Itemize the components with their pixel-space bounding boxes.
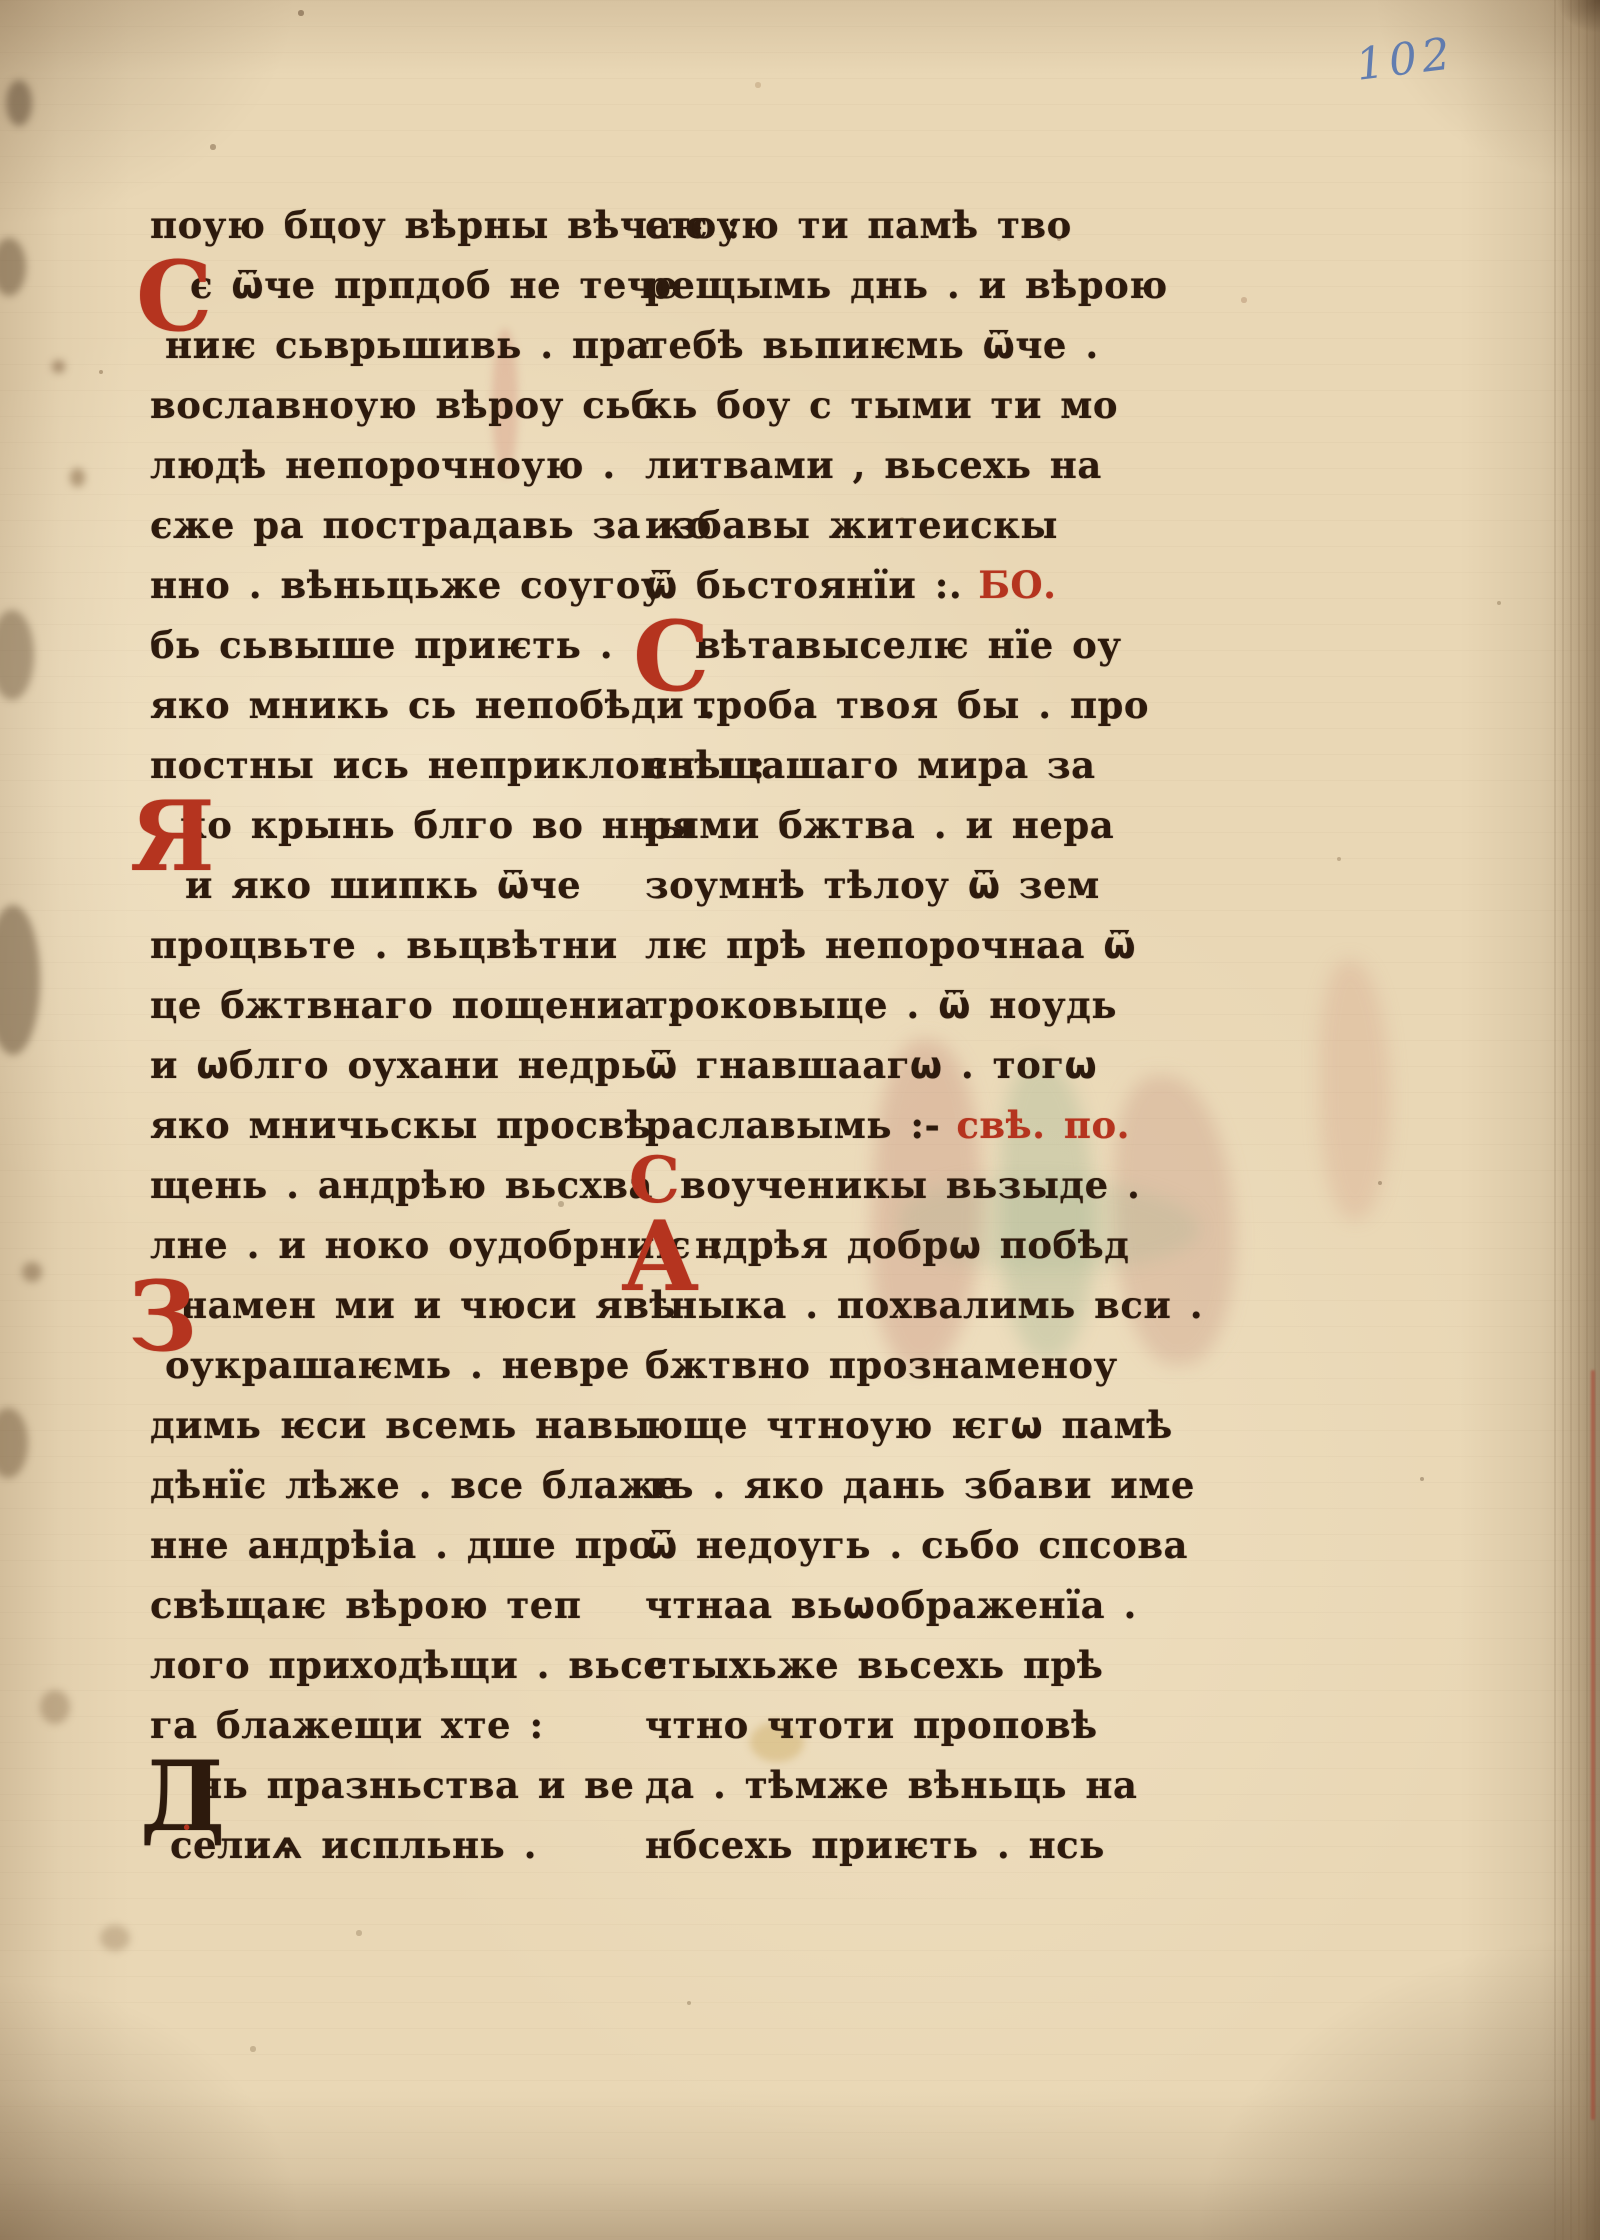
fore-edge-red-stain <box>1591 1370 1595 2120</box>
text-line: єже ра пострадавь за ко <box>150 495 620 555</box>
text-line: вославноую вѣроу сьб <box>150 375 620 435</box>
text-line: людѣ непорочноую . <box>150 435 620 495</box>
text-line: ѿ бьстоянїи :.БО. <box>645 555 1175 615</box>
folio-number: 102 <box>1353 28 1457 91</box>
text-line: зоумнѣ тѣлоу ѿ зем <box>645 855 1175 915</box>
line-text: и ѡблго оухани недрь <box>150 1043 647 1087</box>
initial-letter: Я <box>130 789 215 885</box>
stain <box>52 360 65 373</box>
initial-letter: С <box>136 249 212 345</box>
stain <box>6 80 32 126</box>
text-line: нбсехь приѥть . нсь <box>645 1815 1175 1875</box>
line-text: троковыце . ѿ ноудь <box>645 983 1117 1027</box>
text-line: ѿ недоугь . сьбо спсова <box>645 1515 1175 1575</box>
text-line: литвами , вьсехь на <box>645 435 1175 495</box>
text-line: це бжтвнаго пощениа . <box>150 975 620 1035</box>
initial-letter: З <box>128 1269 197 1365</box>
line-text: зоумнѣ тѣлоу ѿ зем <box>645 863 1100 907</box>
line-text: бь сьвыше приѥть . <box>150 623 613 667</box>
rubric-text: БО. <box>978 563 1056 607</box>
line-text: раславымь :- <box>645 1103 940 1147</box>
line-text: нно . вѣньцьже соугоу <box>150 563 665 607</box>
line-text: ко крынь блго во нны <box>180 803 695 847</box>
text-line: чтно чтоти проповѣ <box>645 1695 1175 1755</box>
line-text: є ѿче прпдоб не тече <box>190 263 679 307</box>
line-text: яко мничьскы просвѣ <box>150 1103 651 1147</box>
line-text: нь празньства и ве <box>195 1763 634 1807</box>
text-line: постны ись неприклонны : <box>150 735 620 795</box>
line-text: юще чтноую ѥгѡ памѣ <box>645 1403 1173 1447</box>
text-line: щень . андрѣю вьсхва <box>150 1155 620 1215</box>
line-text: дѣнїє лѣже . все блаже <box>150 1463 680 1507</box>
line-text: свѣщаѥ вѣрою теп <box>150 1583 581 1627</box>
text-line: бжтвно прознаменоу <box>645 1335 1175 1395</box>
line-text: лѥ прѣ непорочнаа ѿ <box>645 923 1136 967</box>
line-text: оукрашаѥмь . невре <box>165 1343 630 1387</box>
text-line: и ѡблго оухани недрь <box>150 1035 620 1095</box>
line-text: вославноую вѣроу сьб <box>150 383 656 427</box>
line-text: стоую ти памѣ тво <box>645 203 1072 247</box>
left-text-column: поую бцоу вѣрны вѣчаѥ :є ѿче прпдоб не т… <box>150 195 620 1875</box>
text-line: свѣщашаго мира за <box>645 735 1175 795</box>
text-line: избавы житеискы <box>645 495 1175 555</box>
text-line: ть . яко дань збави име <box>645 1455 1175 1515</box>
text-line: да . тѣмже вѣньць на <box>645 1755 1175 1815</box>
line-text: ѿ гнавшаагѡ . тогѡ <box>645 1043 1097 1087</box>
text-line: нно . вѣньцьже соугоу <box>150 555 620 615</box>
text-line: стыхьже вьсехь прѣ <box>645 1635 1175 1695</box>
stain <box>0 1408 28 1478</box>
text-line: поую бцоу вѣрны вѣчаѥ : <box>150 195 620 255</box>
line-text: людѣ непорочноую . <box>150 443 616 487</box>
text-line: оукрашаѥмь . невре <box>150 1335 620 1395</box>
line-text: литвами , вьсехь на <box>645 443 1102 487</box>
text-line: ндрѣя добрѡ побѣд <box>645 1215 1175 1275</box>
line-text: процвьте . вьцвѣтни <box>150 923 618 967</box>
text-line: свѣщаѥ вѣрою теп <box>150 1575 620 1635</box>
line-text: тебѣ вьпиѥмь ѿче . <box>645 323 1099 367</box>
line-text: це бжтвнаго пощениа . <box>150 983 681 1027</box>
text-line: лого приходѣщи . вьсе <box>150 1635 620 1695</box>
text-line: димь ѥси всемь навы <box>150 1395 620 1455</box>
stain <box>0 238 26 296</box>
text-line: троба твоя бы . про <box>645 675 1175 735</box>
text-line: лне . и ноко оудобрниѥ : <box>150 1215 620 1275</box>
text-line: нне андрѣіа . дше про <box>150 1515 620 1575</box>
text-line: ниѥ сьврьшивь . пра <box>150 315 620 375</box>
line-text: бжтвно прознаменоу <box>645 1343 1118 1387</box>
line-text: и яко шипкь ѿче <box>185 863 581 907</box>
text-line: троковыце . ѿ ноудь <box>645 975 1175 1035</box>
line-text: ниѥ сьврьшивь . пра <box>165 323 650 367</box>
line-text: троба твоя бы . про <box>693 683 1149 727</box>
line-text: ндрѣя добрѡ побѣд <box>695 1223 1129 1267</box>
text-line: тебѣ вьпиѥмь ѿче . <box>645 315 1175 375</box>
manuscript-page-photo: 102 поую бцоу вѣрны вѣчаѥ :є ѿче прпдоб … <box>0 0 1600 2240</box>
line-text: свѣщашаго мира за <box>645 743 1096 787</box>
rubric-text: свѣ. по. <box>956 1103 1130 1147</box>
line-text: да . тѣмже вѣньць на <box>645 1763 1137 1807</box>
text-line: вѣтавыселѥ нїе оу <box>645 615 1175 675</box>
stain <box>40 1690 70 1724</box>
line-text: нне андрѣіа . дше про <box>150 1523 654 1567</box>
text-line: бь сьвыше приѥть . <box>150 615 620 675</box>
paper-specks <box>0 0 2 2</box>
line-text: стыхьже вьсехь прѣ <box>645 1643 1103 1687</box>
line-text: чтнаа вьѡображенїа . <box>645 1583 1137 1627</box>
text-line: и яко шипкь ѿче <box>150 855 620 915</box>
right-text-column: стоую ти памѣ творещымь днь . и вѣроютеб… <box>645 195 1175 1875</box>
initial-letter: А <box>621 1209 699 1305</box>
line-text: кь боу с тыми ти мо <box>645 383 1118 427</box>
line-text: избавы житеискы <box>645 503 1058 547</box>
line-text: щень . андрѣю вьсхва <box>150 1163 653 1207</box>
text-line: є ѿче прпдоб не тече <box>150 255 620 315</box>
line-text: вѣтавыселѥ нїе оу <box>695 623 1122 667</box>
line-text: ѿ недоугь . сьбо спсова <box>645 1523 1188 1567</box>
line-text: рещымь днь . и вѣрою <box>645 263 1168 307</box>
line-text: ныка . похвалимь вси . <box>670 1283 1203 1327</box>
line-text: ть . яко дань збави име <box>645 1463 1195 1507</box>
ink-bleedthrough <box>1320 960 1390 1220</box>
text-line: лѥ прѣ непорочнаа ѿ <box>645 915 1175 975</box>
text-line: кь боу с тыми ти мо <box>645 375 1175 435</box>
line-text: яко мникь сь непобѣди . <box>150 683 716 727</box>
line-text: рями бжтва . и нера <box>645 803 1114 847</box>
line-text: лого приходѣщи . вьсе <box>150 1643 667 1687</box>
text-line: дѣнїє лѣже . все блаже <box>150 1455 620 1515</box>
text-line: воученикы вьзыде . <box>645 1155 1175 1215</box>
initial-red-dot: · <box>180 1807 193 1849</box>
text-line: процвьте . вьцвѣтни <box>150 915 620 975</box>
text-line: намен ми и чюси явѣ <box>150 1275 620 1335</box>
text-line: стоую ти памѣ тво <box>645 195 1175 255</box>
line-text: воученикы вьзыде . <box>680 1163 1140 1207</box>
initial-letter: С <box>633 609 709 705</box>
stain <box>100 1925 130 1951</box>
text-line: яко мникь сь непобѣди . <box>150 675 620 735</box>
text-line: раславымь :-свѣ. по. <box>645 1095 1175 1155</box>
line-text: нбсехь приѥть . нсь <box>645 1823 1105 1867</box>
top-right-corner-shadow <box>1554 0 1600 40</box>
text-line: юще чтноую ѥгѡ памѣ <box>645 1395 1175 1455</box>
line-text: намен ми и чюси явѣ <box>180 1283 676 1327</box>
text-line: чтнаа вьѡображенїа . <box>645 1575 1175 1635</box>
stain <box>0 905 40 1055</box>
stain <box>70 468 85 487</box>
text-line: ко крынь блго во нны <box>150 795 620 855</box>
text-line: рещымь днь . и вѣрою <box>645 255 1175 315</box>
stain <box>0 610 34 700</box>
line-text: димь ѥси всемь навы <box>150 1403 651 1447</box>
text-line: ныка . похвалимь вси . <box>645 1275 1175 1335</box>
text-line: рями бжтва . и нера <box>645 795 1175 855</box>
line-text: чтно чтоти проповѣ <box>645 1703 1098 1747</box>
text-line: ѿ гнавшаагѡ . тогѡ <box>645 1035 1175 1095</box>
stain <box>22 1262 42 1282</box>
text-line: яко мничьскы просвѣ <box>150 1095 620 1155</box>
line-text: єже ра пострадавь за ко <box>150 503 712 547</box>
